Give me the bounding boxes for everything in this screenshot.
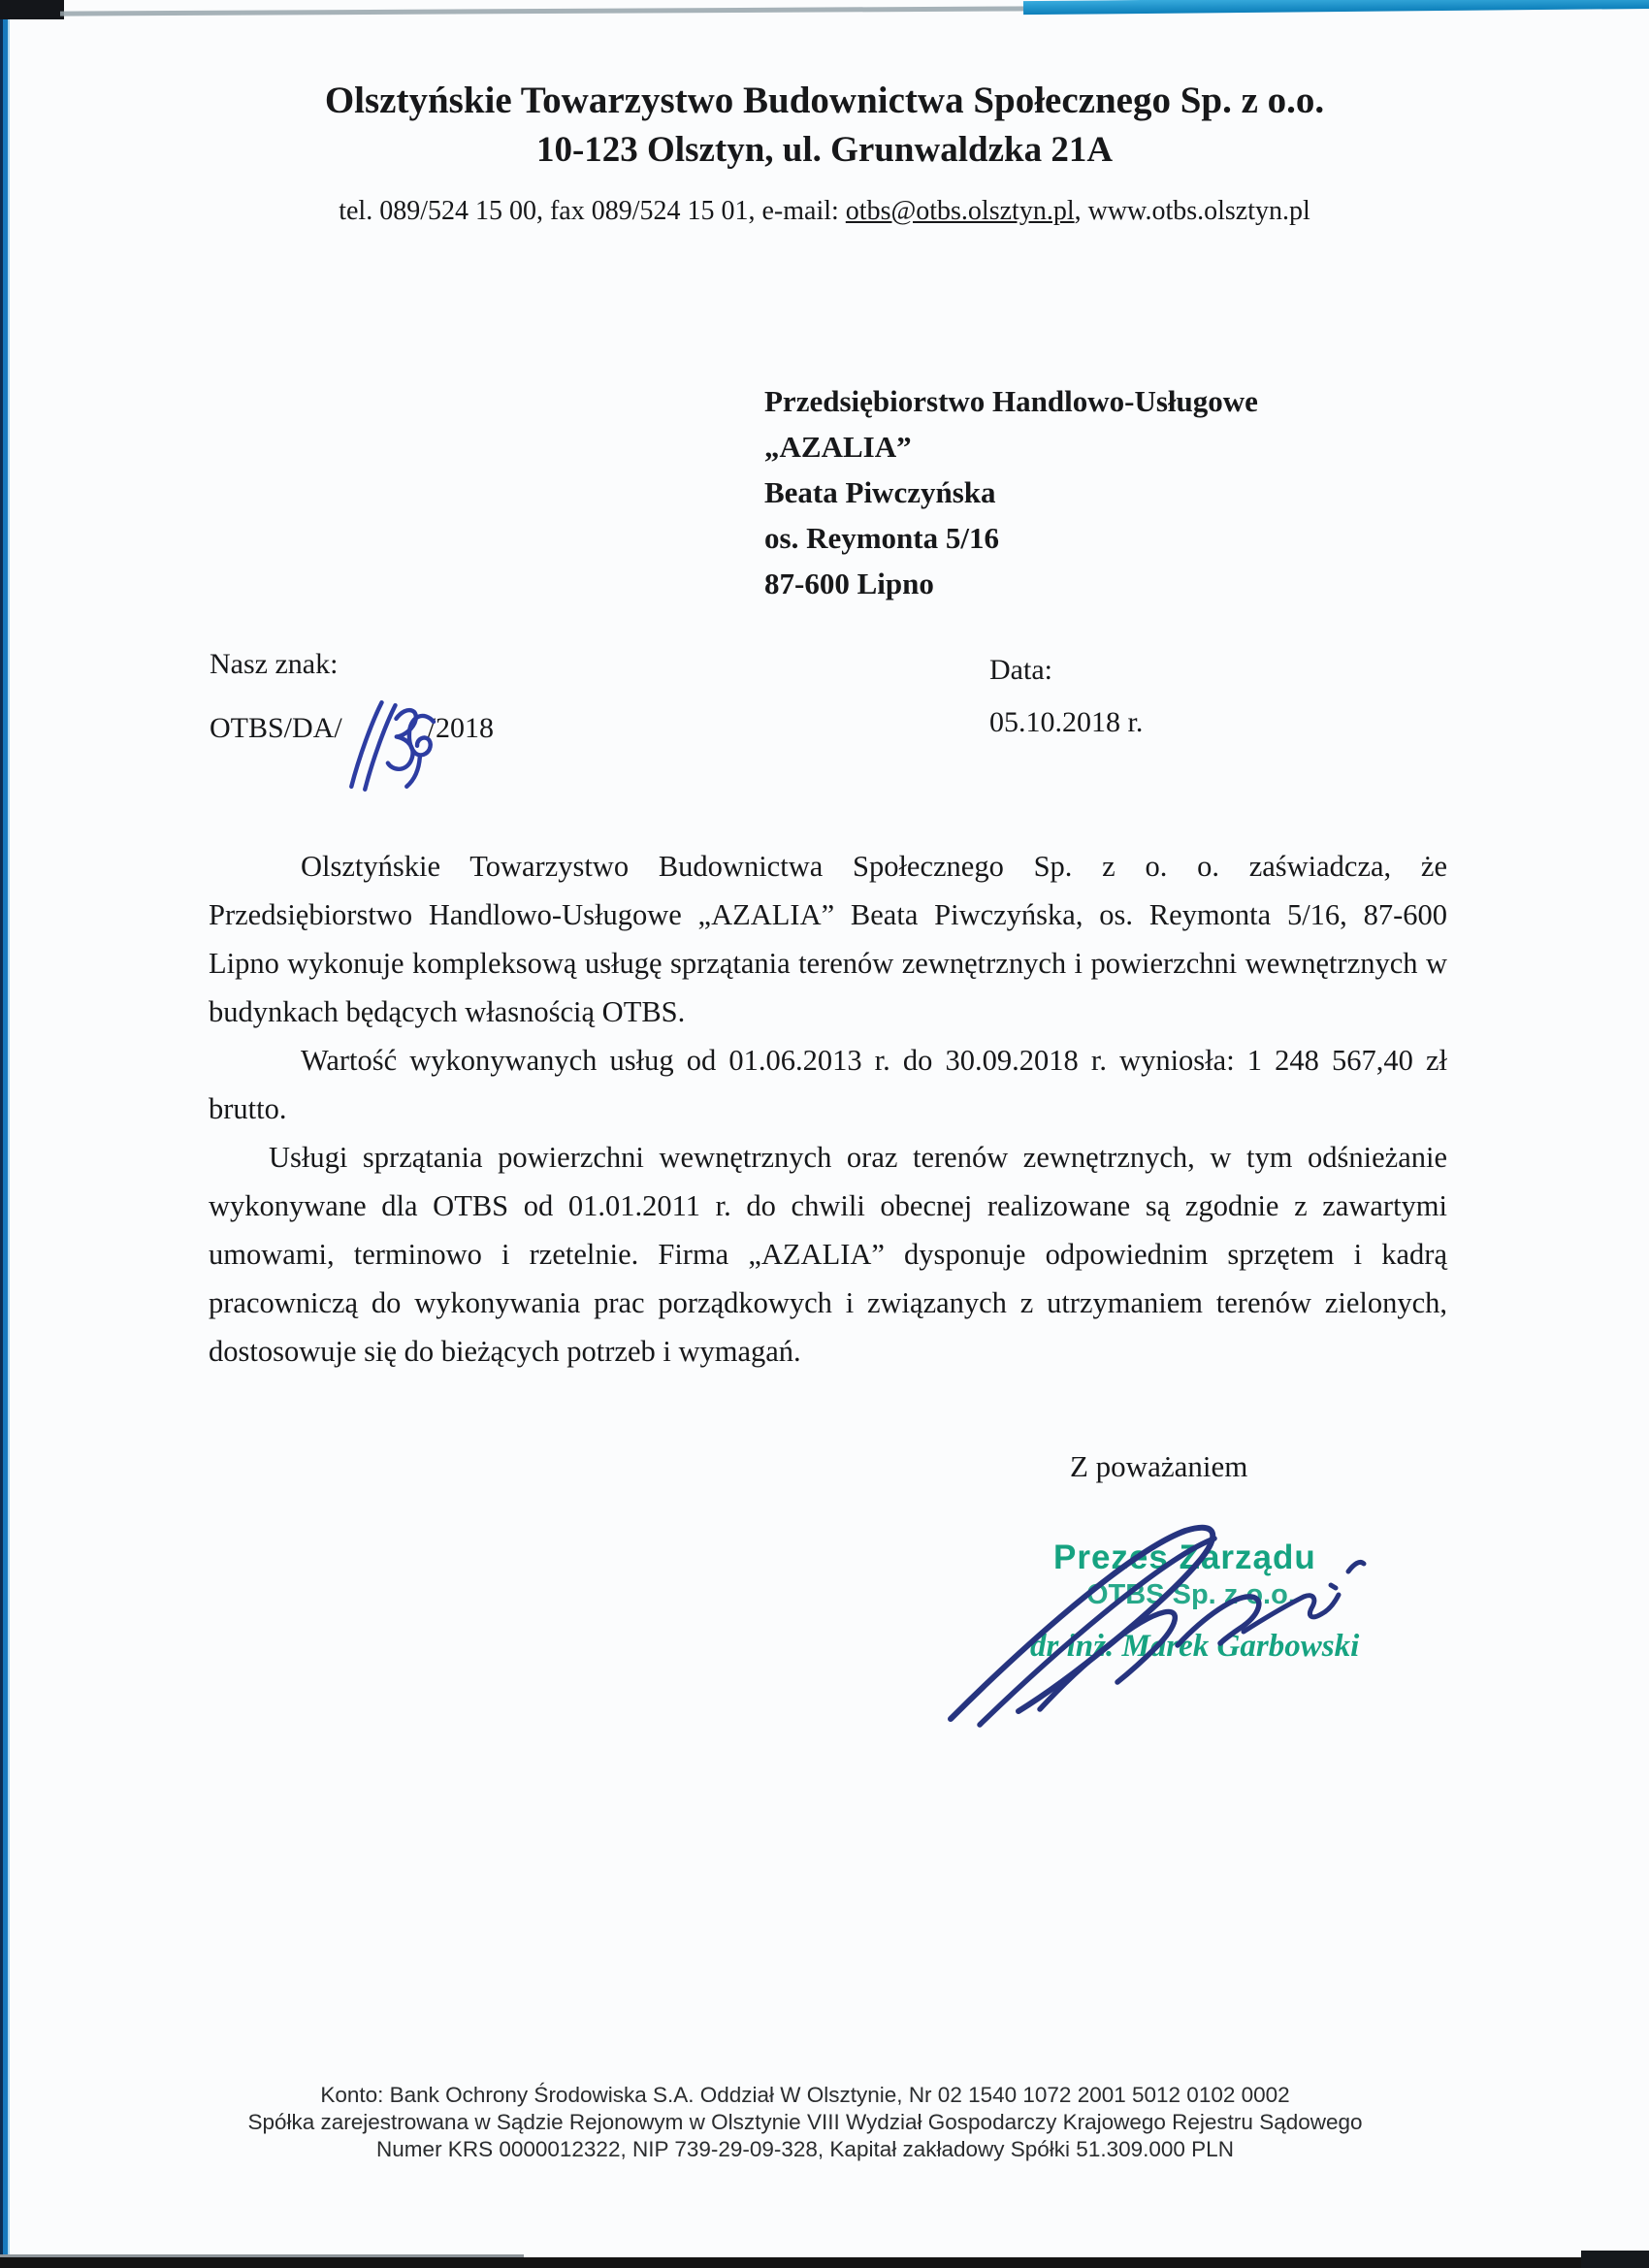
scan-edge-topleft-dark [0,0,64,19]
body-paragraph: Usługi sprzątania powierzchni wewnętrzny… [209,1133,1447,1376]
company-address: 10-123 Olsztyn, ul. Grunwaldzka 21A [0,126,1649,175]
contact-prefix: tel. 089/524 15 00, fax 089/524 15 01, e… [339,196,846,226]
date-value: 05.10.2018 r. [989,704,1143,741]
reference-suffix: /2018 [428,712,494,744]
recipient-line: os. Reymonta 5/16 [764,515,1258,561]
letterhead: Olsztyńskie Towarzystwo Budownictwa Społ… [0,76,1649,227]
footer-line: Numer KRS 0000012322, NIP 739-29-09-328,… [0,2136,1610,2163]
body-paragraph: Wartość wykonywanych usług od 01.06.2013… [209,1036,1447,1133]
signature-ink [923,1502,1408,1744]
date-label: Data: [989,652,1143,689]
letter-body: Olsztyńskie Towarzystwo Budownictwa Społ… [209,842,1447,1376]
contact-suffix: , www.otbs.olsztyn.pl [1075,196,1310,226]
company-name: Olsztyńskie Towarzystwo Budownictwa Społ… [0,76,1649,126]
scan-edge-bottom-dark [0,2257,1649,2268]
recipient-line: Beata Piwczyńska [764,470,1258,515]
footer-line: Spółka zarejestrowana w Sądzie Rejonowym… [0,2109,1610,2136]
handwritten-number-ink [333,693,440,794]
reference-prefix: OTBS/DA/ [210,712,342,744]
footer-line: Konto: Bank Ochrony Środowiska S.A. Oddz… [0,2082,1610,2109]
scan-edge-bottom-right [1581,2251,1649,2268]
reference-number: OTBS/DA/ /2018 [210,697,494,772]
reference-label: Nasz znak: [210,646,494,683]
scan-edge-top-gray [60,6,1040,16]
contact-line: tel. 089/524 15 00, fax 089/524 15 01, e… [0,196,1649,227]
recipient-line: „AZALIA” [764,424,1258,470]
recipient-line: 87-600 Lipno [764,561,1258,606]
recipient-block: Przedsiębiorstwo Handlowo-Usługowe „AZAL… [764,378,1258,606]
date-block: Data: 05.10.2018 r. [989,652,1143,741]
body-paragraph: Olsztyńskie Towarzystwo Budownictwa Społ… [209,842,1447,1036]
recipient-line: Przedsiębiorstwo Handlowo-Usługowe [764,378,1258,424]
scanned-letter-page: Olsztyńskie Towarzystwo Budownictwa Społ… [0,0,1649,2268]
reference-block: Nasz znak: OTBS/DA/ /2018 [210,646,494,772]
footer-registration-info: Konto: Bank Ochrony Środowiska S.A. Oddz… [0,2082,1610,2163]
scan-edge-left-stripe [0,0,11,2268]
scan-edge-top-blue [1023,0,1649,15]
email-address: otbs@otbs.olsztyn.pl [846,196,1075,226]
closing-phrase: Z poważaniem [1070,1449,1247,1484]
